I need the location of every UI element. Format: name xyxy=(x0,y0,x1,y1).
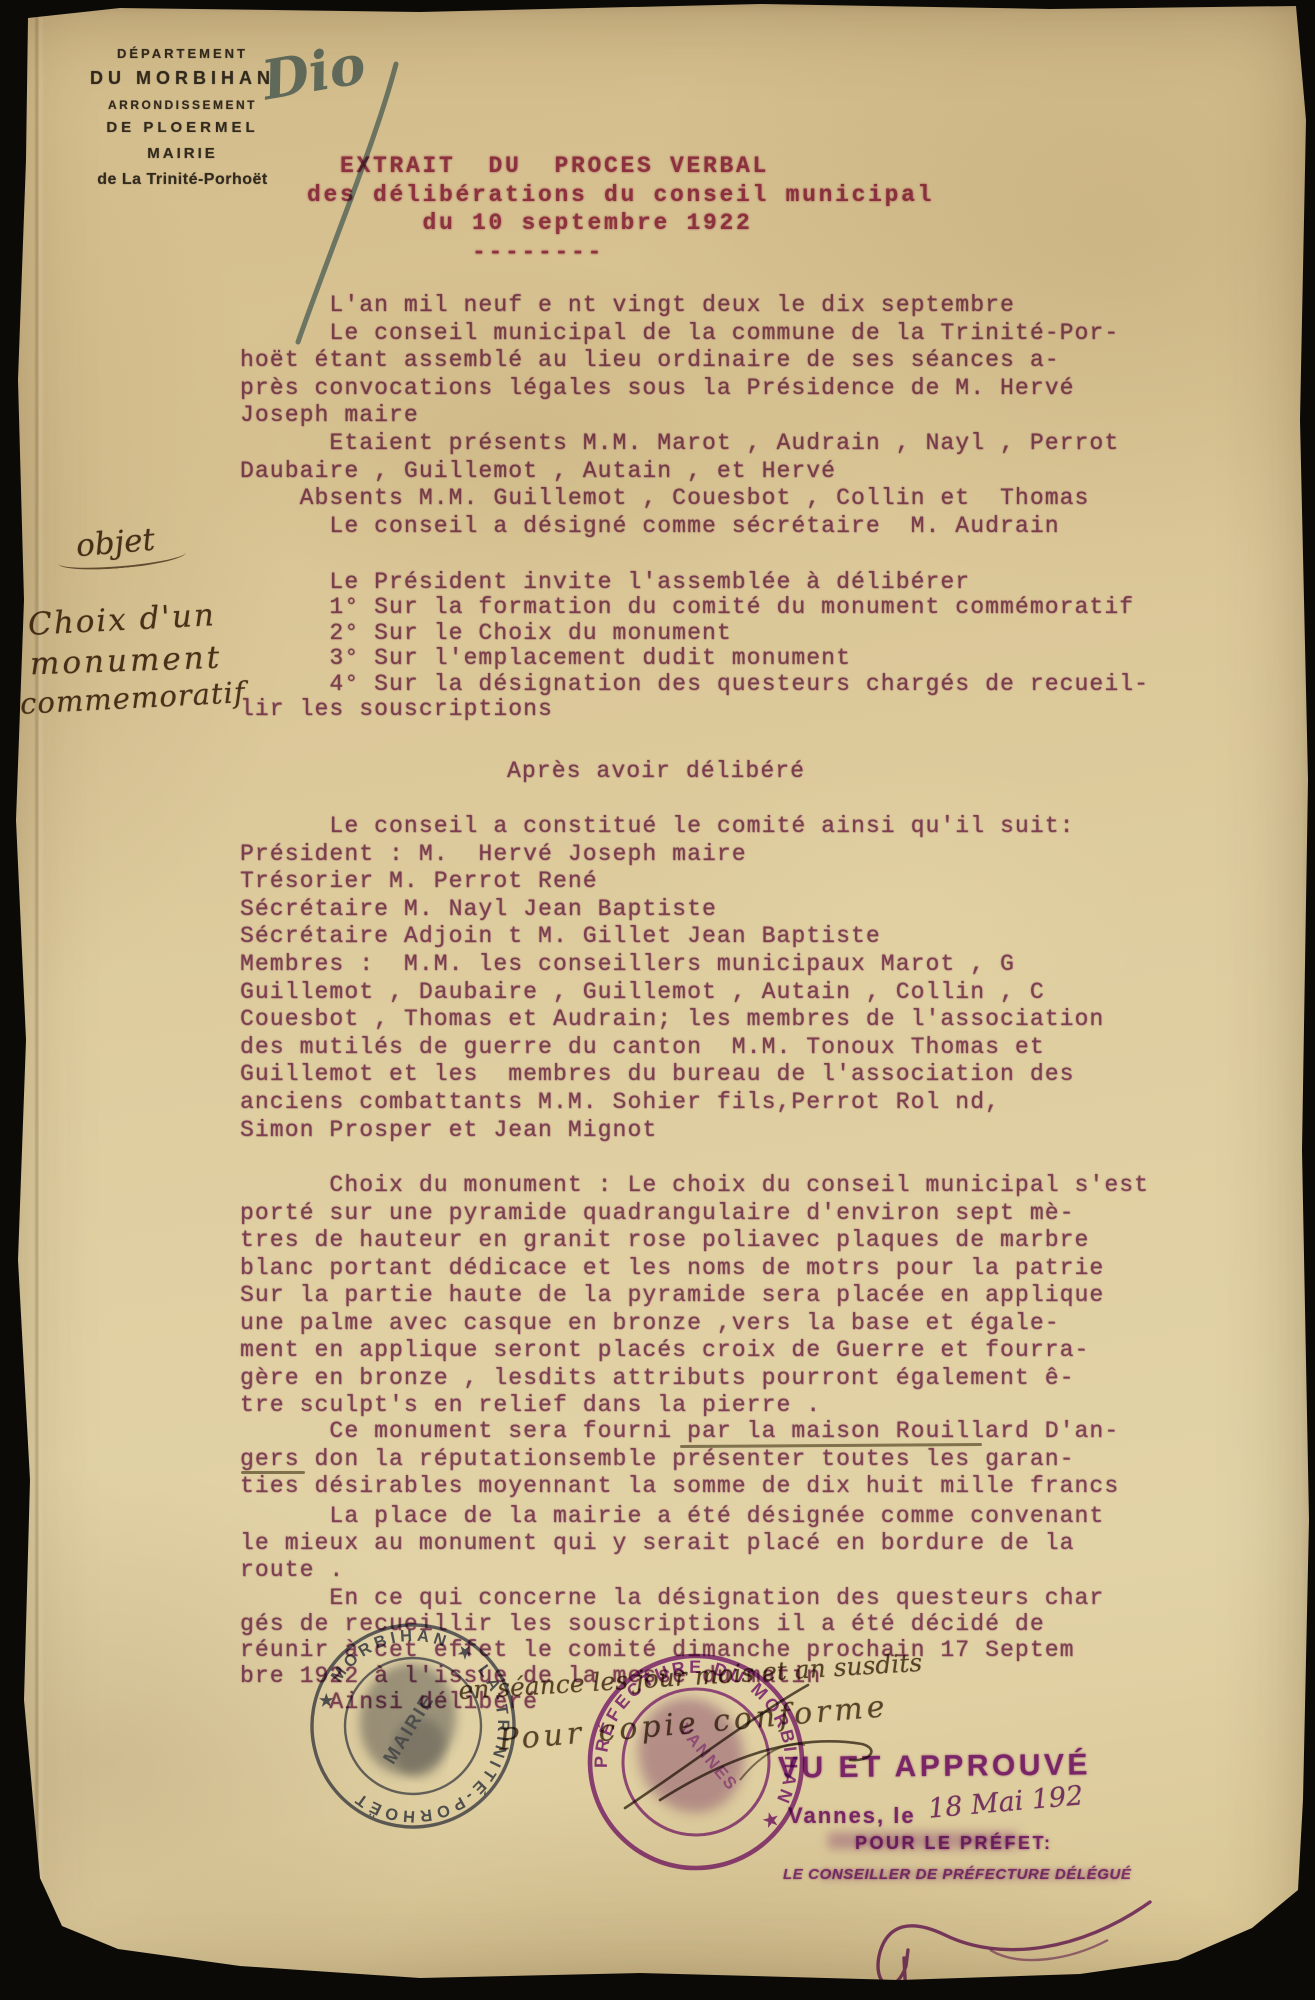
typed-line: Trésorier M. Perrot René xyxy=(240,868,1104,896)
underline-mark xyxy=(241,1471,305,1474)
typed-line: le mieux au monument qui y serait placé … xyxy=(240,1530,1104,1557)
mairie-round-stamp: ★ MORBIHAN ★ LA-TRINITÉ-PORHOËT MAIRIE xyxy=(286,1599,541,1854)
approval-handwritten-date: 18 Mai 192 xyxy=(927,1780,1085,1824)
approval-stamp-line3: POUR LE PRÉFET: xyxy=(855,1833,1053,1854)
typed-line: Etaient présents M.M. Marot , Audrain , … xyxy=(240,430,1119,458)
typed-line: tres de hauteur en granit rose poliavec … xyxy=(240,1227,1149,1255)
scanned-document: DÉPARTEMENTDU MORBIHANARRONDISSEMENTDE P… xyxy=(0,0,1315,2000)
margin-note-line: Choix d'un xyxy=(27,597,217,643)
typed-line: Joseph maire xyxy=(240,402,1119,430)
typed-line: Le conseil a désigné comme sécrétaire M.… xyxy=(240,513,1119,541)
typed-line: 3° Sur l'emplacement dudit monument xyxy=(240,646,1149,671)
letterhead-line: ARRONDISSEMENT xyxy=(70,98,295,112)
letterhead-line: de La Trinité-Porhoët xyxy=(70,171,295,189)
typed-line: Le conseil a constitué le comité ainsi q… xyxy=(240,813,1104,841)
paragraph-committee: Le conseil a constitué le comité ainsi q… xyxy=(240,813,1104,1144)
prefect-signature xyxy=(840,1880,1180,2000)
typed-line: Président : M. Hervé Joseph maire xyxy=(240,841,1104,869)
typed-line: Choix du monument : Le choix du conseil … xyxy=(240,1172,1149,1200)
document-title: EXTRAIT DU PROCES VERBALdes délibération… xyxy=(307,152,934,267)
typed-line: près convocations légales sous la Présid… xyxy=(240,375,1119,403)
title-line: du 10 septembre 1922 xyxy=(307,209,934,238)
typed-line: lir les souscriptions xyxy=(240,697,1149,722)
typed-line: Le Président invite l'assemblée à délibé… xyxy=(240,570,1149,595)
typed-line: Sécrétaire M. Nayl Jean Baptiste xyxy=(240,896,1104,924)
deliberation-heading: Après avoir délibéré xyxy=(507,758,805,785)
paragraph-location: La place de la mairie a été désignée com… xyxy=(240,1503,1104,1584)
paragraph-monument-choice: Choix du monument : Le choix du conseil … xyxy=(240,1172,1149,1420)
paragraph-agenda: Le Président invite l'assemblée à délibé… xyxy=(240,570,1149,722)
typed-line: Absents M.M. Guillemot , Couesbot , Coll… xyxy=(240,485,1119,513)
typed-line: gère en bronze , lesdits attributs pourr… xyxy=(240,1365,1149,1393)
title-line: des délibérations du conseil municipal xyxy=(307,181,934,210)
typed-line: Sécrétaire Adjoin t M. Gillet Jean Bapti… xyxy=(240,923,1104,951)
typed-line: ment en applique seront placés croix de … xyxy=(240,1337,1149,1365)
typed-line: Simon Prosper et Jean Mignot xyxy=(240,1117,1104,1145)
typed-line: tre sculpt's en relief dans la pierre . xyxy=(240,1392,1149,1420)
typed-line: 4° Sur la désignation des questeurs char… xyxy=(240,672,1149,697)
title-line: -------- xyxy=(307,238,934,267)
paper-sheet: DÉPARTEMENTDU MORBIHANARRONDISSEMENTDE P… xyxy=(0,0,1315,2000)
paragraph-opening: L'an mil neuf e nt vingt deux le dix sep… xyxy=(240,292,1119,540)
typed-line: Daubaire , Guillemot , Autain , et Hervé xyxy=(240,458,1119,486)
approval-stamp-line1: VU ET APPROUVÉ xyxy=(778,1748,1091,1785)
typed-line: Après avoir délibéré xyxy=(507,758,805,785)
typed-line: Le conseil municipal de la commune de la… xyxy=(240,320,1119,348)
letterhead-line: MAIRIE xyxy=(70,145,295,162)
margin-note-line: monument xyxy=(29,640,222,683)
typed-line: gers don la réputationsemble présenter t… xyxy=(240,1446,1119,1474)
typed-line: des mutilés de guerre du canton M.M. Ton… xyxy=(240,1034,1104,1062)
typed-line: L'an mil neuf e nt vingt deux le dix sep… xyxy=(240,292,1119,320)
typed-line: 2° Sur le Choix du monument xyxy=(240,621,1149,646)
typed-line: une palme avec casque en bronze ,vers la… xyxy=(240,1310,1149,1338)
paragraph-supplier: Ce monument sera fourni par la maison Ro… xyxy=(240,1418,1119,1501)
typed-line: La place de la mairie a été désignée com… xyxy=(240,1503,1104,1530)
title-line: EXTRAIT DU PROCES VERBAL xyxy=(307,152,934,181)
typed-line: hoët étant assemblé au lieu ordinaire de… xyxy=(240,347,1119,375)
typed-line: Sur la partie haute de la pyramide sera … xyxy=(240,1282,1149,1310)
typed-line: Guillemot , Daubaire , Guillemot , Autai… xyxy=(240,979,1104,1007)
margin-note-line: commemoratif xyxy=(19,675,246,721)
typed-line: porté sur une pyramide quadrangulaire d'… xyxy=(240,1200,1149,1228)
typed-line: Ce monument sera fourni par la maison Ro… xyxy=(240,1418,1119,1446)
approval-stamp-line2: Vannes, le xyxy=(788,1803,916,1829)
typed-line: route . xyxy=(240,1557,1104,1584)
typed-line: anciens combattants M.M. Sohier fils,Per… xyxy=(240,1089,1104,1117)
typed-line: Couesbot , Thomas et Audrain; les membre… xyxy=(240,1006,1104,1034)
letterhead-line: DE PLOERMEL xyxy=(70,119,295,136)
typed-line: blanc portant dédicace et les noms de mo… xyxy=(240,1255,1149,1283)
typed-line: ties désirables moyennant la somme de di… xyxy=(240,1473,1119,1501)
typed-line: Guillemot et les membres du bureau de l'… xyxy=(240,1061,1104,1089)
typed-line: 1° Sur la formation du comité du monumen… xyxy=(240,595,1149,620)
typed-line: Membres : M.M. les conseillers municipau… xyxy=(240,951,1104,979)
